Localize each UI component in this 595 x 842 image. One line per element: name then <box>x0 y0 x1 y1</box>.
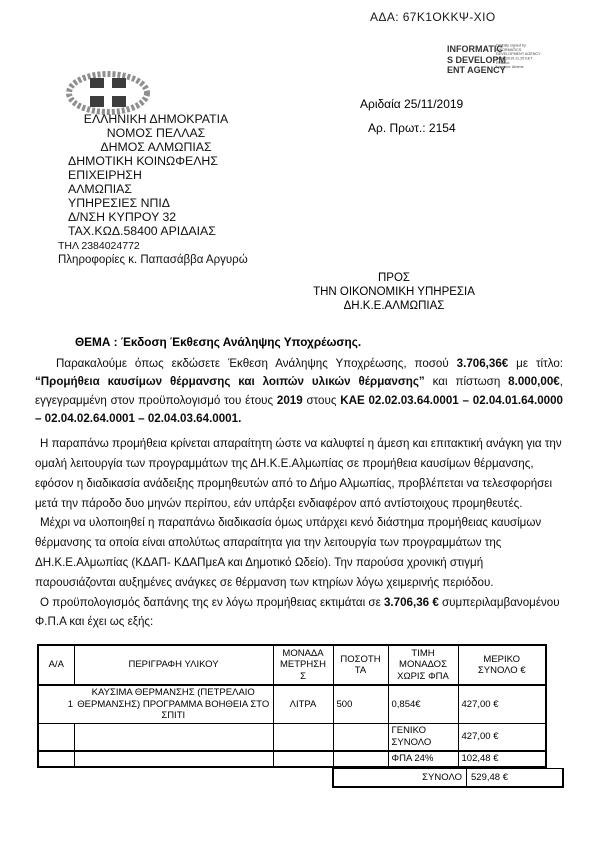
sender-org-line: ΔΗΜΟΤΙΚΗ ΚΟΙΝΩΦΕΛΗΣ <box>58 154 254 168</box>
sender-postal-code: ΤΑΧ.ΚΩΔ.58400 ΑΡΙΔΑΙΑΣ <box>58 224 254 238</box>
vat-row: ΦΠΑ 24% 102,48 € <box>38 751 546 767</box>
table-header-row: Α/Α ΠΕΡΙΓΡΑΦΗ ΥΛΙΚΟΥ ΜΟΝΑΔΑ ΜΕΤΡΗΣΗ Σ ΠΟ… <box>38 645 546 685</box>
empty-cell <box>38 751 74 767</box>
grand-total-table: ΣΥΝΟΛΟ 529,48 € <box>332 768 564 788</box>
recipient-block: ΠΡΟΣ ΤΗΝ ΟΙΚΟΝΟΜΙΚΗ ΥΠΗΡΕΣΙΑ ΔΗ.Κ.Ε.ΑΛΜΩ… <box>288 272 500 313</box>
cost-table: Α/Α ΠΕΡΙΓΡΑΦΗ ΥΛΙΚΟΥ ΜΟΝΑΔΑ ΜΕΤΡΗΣΗ Σ ΠΟ… <box>37 644 547 768</box>
paragraph-justification-2: Μέχρι να υλοποιηθεί η παραπάνω διαδικασί… <box>35 513 563 592</box>
general-total-row: ΓΕΝΙΚΟ ΣΥΝΟΛΟ 427,00 € <box>38 723 546 751</box>
cost-table-wrapper: Α/Α ΠΕΡΙΓΡΑΦΗ ΥΛΙΚΟΥ ΜΟΝΑΔΑ ΜΕΤΡΗΣΗ Σ ΠΟ… <box>37 644 564 788</box>
grand-total-value: 529,48 € <box>467 769 564 788</box>
paragraph-justification-1: Η παραπάνω προμήθεια κρίνεται απαραίτητη… <box>35 434 563 513</box>
ada-code: ΑΔΑ: 67Κ1ΟΚΚΨ-ΧΙΟ <box>370 10 496 24</box>
header-unit: ΜΟΝΑΔΑ ΜΕΤΡΗΣΗ Σ <box>273 645 333 685</box>
vat-value: 102,48 € <box>458 751 546 767</box>
sender-country: ΕΛΛΗΝΙΚΗ ΔΗΜΟΚΡΑΤΙΑ <box>58 112 254 126</box>
row-num: 1 <box>38 685 74 723</box>
empty-cell <box>74 751 273 767</box>
digital-signature-stamp: Digitally signed by INFORMATICS DEVELOPM… <box>496 44 570 70</box>
empty-cell <box>273 723 333 751</box>
paragraph-budget: Ο προϋπολογισμός δαπάνης της εν λόγω προ… <box>35 593 563 633</box>
grand-total-label: ΣΥΝΟΛΟ <box>333 769 467 788</box>
subject-line: ΘΕΜΑ : Έκδοση Έκθεσης Ανάληψης Υποχρέωση… <box>75 335 361 349</box>
sender-phone: ΤΗΛ 2384024772 <box>58 238 254 253</box>
vat-label: ΦΠΑ 24% <box>388 751 458 767</box>
empty-cell <box>273 751 333 767</box>
empty-cell <box>333 751 388 767</box>
sender-prefecture: ΝΟΜΟΣ ΠΕΛΛΑΣ <box>58 126 254 140</box>
empty-cell <box>74 723 273 751</box>
header-num: Α/Α <box>38 645 74 685</box>
header-subtotal: ΜΕΡΙΚΟ ΣΥΝΟΛΟ € <box>458 645 546 685</box>
row-quantity: 500 <box>333 685 388 723</box>
protocol-number: Αρ. Πρωτ.: 2154 <box>368 121 456 135</box>
sender-contact-person: Πληροφορίες κ. Παπασάββα Αργυρώ <box>58 253 254 267</box>
recipient-to-label: ΠΡΟΣ <box>288 272 500 286</box>
document-page: ΑΔΑ: 67Κ1ΟΚΚΨ-ΧΙΟ INFORMATICS DEVELOPMEN… <box>0 0 595 842</box>
header-description: ΠΕΡΙΓΡΑΦΗ ΥΛΙΚΟΥ <box>74 645 273 685</box>
stamp-line: Location: Athens <box>496 66 570 70</box>
empty-cell <box>38 723 74 751</box>
sender-org-line: ΑΛΜΩΠΙΑΣ <box>58 182 254 196</box>
paragraph-request: Παρακαλούμε όπως εκδώσετε Έκθεση Ανάληψη… <box>35 355 563 428</box>
sender-org-line: ΥΠΗΡΕΣΙΕΣ ΝΠΙΔ <box>58 196 254 210</box>
header-unit-price: ΤΙΜΗ ΜΟΝΑΔΟΣ ΧΩΡΙΣ ΦΠΑ <box>388 645 458 685</box>
empty-cell <box>333 723 388 751</box>
sender-municipality: ΔΗΜΟΣ ΑΛΜΩΠΙΑΣ <box>58 140 254 154</box>
body-text: Παρακαλούμε όπως εκδώσετε Έκθεση Ανάληψη… <box>35 355 563 632</box>
row-description: ΚΑΥΣΙΜΑ ΘΕΡΜΑΝΣΗΣ (ΠΕΤΡΕΛΑΙΟ ΘΕΡΜΑΝΣΗΣ) … <box>74 685 273 723</box>
general-total-value: 427,00 € <box>458 723 546 751</box>
sender-org-line: ΕΠΙΧΕΙΡΗΣΗ <box>58 168 254 182</box>
sender-block: ΕΛΛΗΝΙΚΗ ΔΗΜΟΚΡΑΤΙΑ ΝΟΜΟΣ ΠΕΛΛΑΣ ΔΗΜΟΣ Α… <box>58 112 254 267</box>
place-and-date: Αριδαία 25/11/2019 <box>360 97 463 111</box>
table-row: 1 ΚΑΥΣΙΜΑ ΘΕΡΜΑΝΣΗΣ (ΠΕΤΡΕΛΑΙΟ ΘΕΡΜΑΝΣΗΣ… <box>38 685 546 723</box>
recipient-line: ΔΗ.Κ.Ε.ΑΛΜΩΠΙΑΣ <box>288 300 500 314</box>
row-subtotal: 427,00 € <box>458 685 546 723</box>
header-quantity: ΠΟΣΟΤΗ ΤΑ <box>333 645 388 685</box>
row-unit: ΛΙΤΡΑ <box>273 685 333 723</box>
sender-address: Δ/ΝΣΗ ΚΥΠΡΟΥ 32 <box>58 210 254 224</box>
general-total-label: ΓΕΝΙΚΟ ΣΥΝΟΛΟ <box>388 723 458 751</box>
grand-total-row: ΣΥΝΟΛΟ 529,48 € <box>333 769 563 788</box>
recipient-line: ΤΗΝ ΟΙΚΟΝΟΜΙΚΗ ΥΠΗΡΕΣΙΑ <box>288 286 500 300</box>
row-unit-price: 0,854€ <box>388 685 458 723</box>
